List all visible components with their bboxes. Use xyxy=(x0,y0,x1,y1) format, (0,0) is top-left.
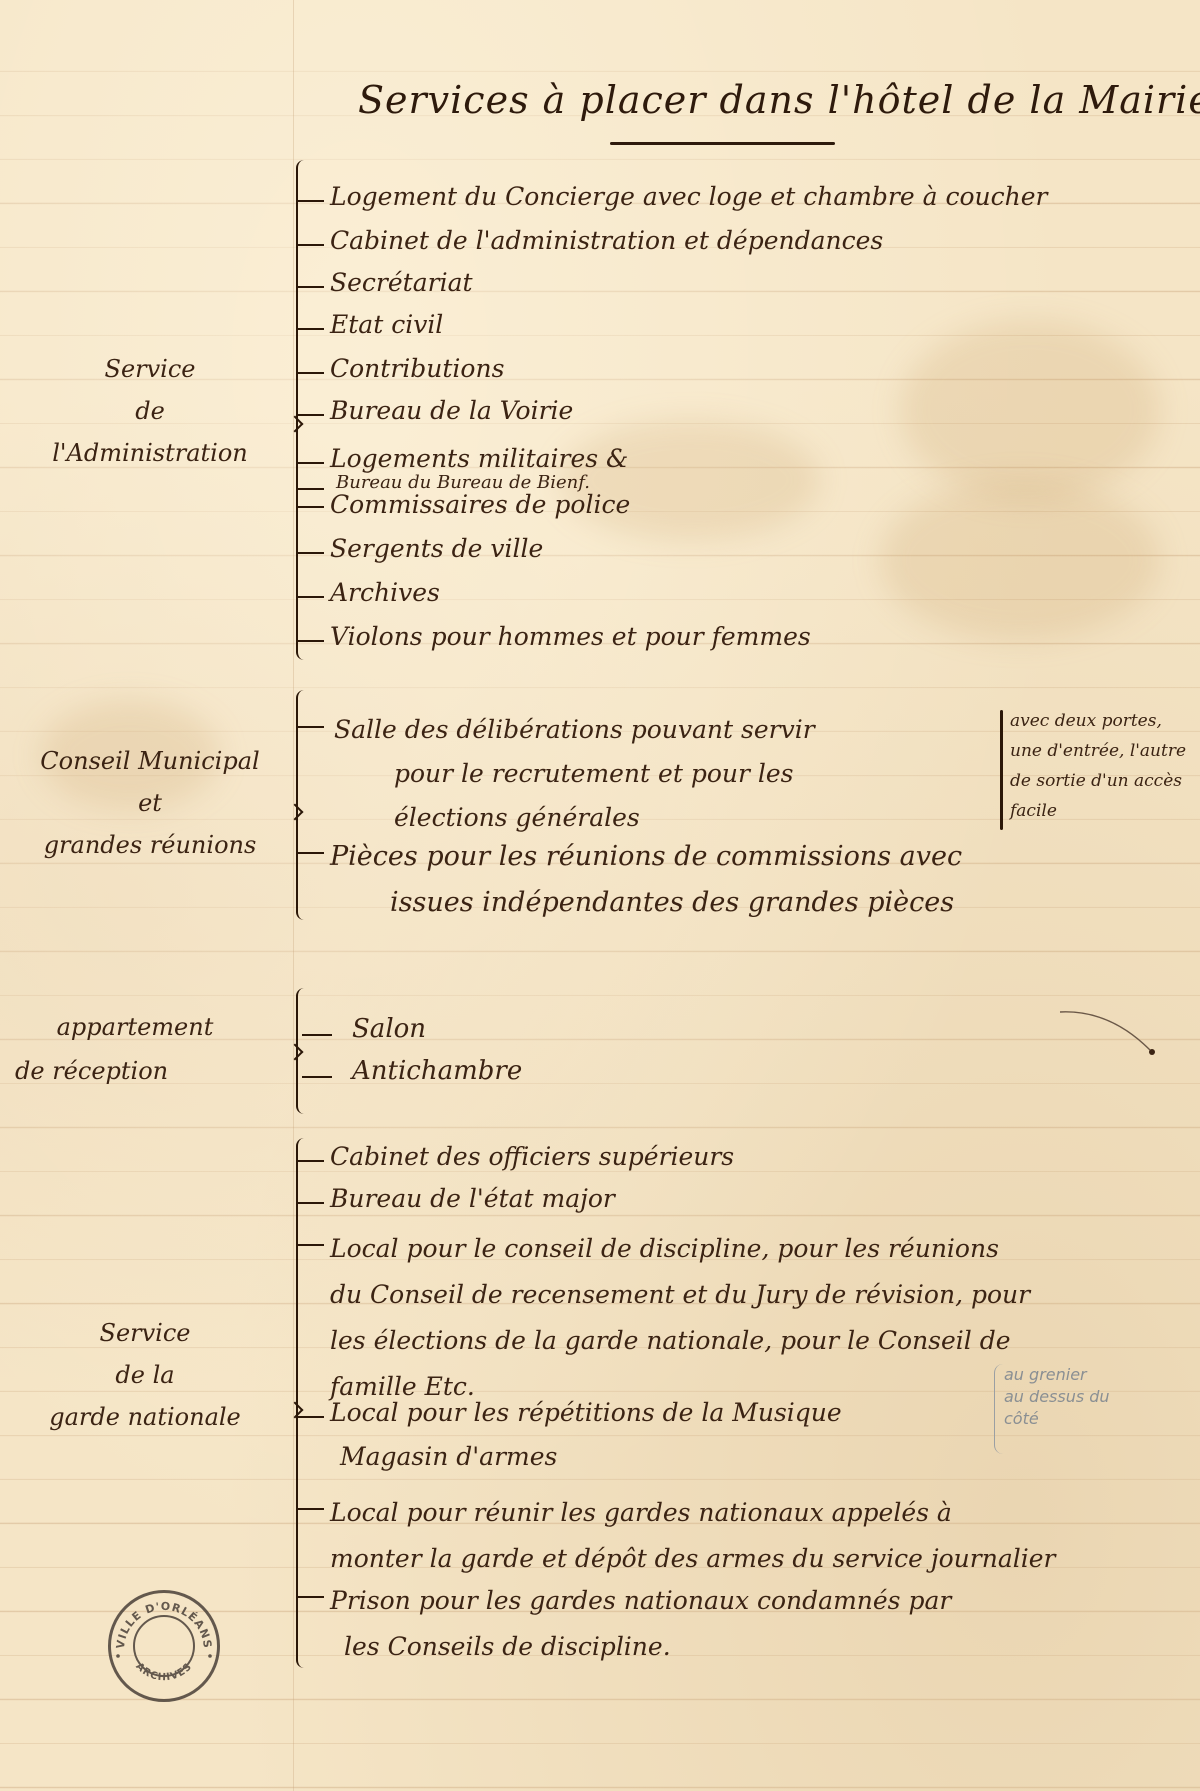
list-item: Bureau de la Voirie xyxy=(330,396,573,425)
item-line: issues indépendantes des grandes pièces xyxy=(330,880,962,926)
stamp-bottom-text: ARCHIVES xyxy=(133,1661,194,1683)
svg-text:VILLE D'ORLÉANS: VILLE D'ORLÉANS xyxy=(114,1600,214,1650)
list-item: Archives xyxy=(330,578,440,607)
section-label: appartement de réception xyxy=(10,1005,260,1093)
note-line: facile xyxy=(1010,796,1186,826)
dash-marker xyxy=(298,1596,324,1598)
dash-marker xyxy=(298,200,324,202)
note-line: au grenier xyxy=(1004,1364,1110,1386)
curly-brace xyxy=(296,1138,306,1668)
label-line: garde nationale xyxy=(0,1396,290,1438)
label-line: de réception xyxy=(10,1049,260,1093)
label-line: appartement xyxy=(10,1005,260,1049)
list-item: Antichambre xyxy=(352,1056,522,1086)
list-item: Cabinet des officiers supérieurs xyxy=(330,1142,734,1171)
pencil-annotation: au grenier au dessus du côté xyxy=(1004,1364,1110,1430)
item-line: les Conseils de discipline. xyxy=(330,1624,951,1670)
label-line: Service xyxy=(0,1312,290,1354)
svg-text:ARCHIVES: ARCHIVES xyxy=(133,1661,194,1683)
dash-marker xyxy=(298,640,324,642)
label-line: de xyxy=(10,390,290,432)
item-line: Prison pour les gardes nationaux condamn… xyxy=(330,1578,951,1624)
dash-marker xyxy=(298,852,324,854)
item-line: monter la garde et dépôt des armes du se… xyxy=(330,1536,1055,1582)
section-label: Service de l'Administration xyxy=(10,348,290,474)
item-line: Local pour le conseil de discipline, pou… xyxy=(330,1226,1030,1272)
document-title: Services à placer dans l'hôtel de la Mai… xyxy=(358,78,1200,122)
dash-marker xyxy=(298,286,324,288)
dash-marker xyxy=(298,244,324,246)
list-item-multiline: Local pour le conseil de discipline, pou… xyxy=(330,1226,1030,1410)
list-item-multiline: Local pour réunir les gardes nationaux a… xyxy=(330,1490,1055,1582)
dash-marker xyxy=(298,552,324,554)
list-item-multiline: Prison pour les gardes nationaux condamn… xyxy=(330,1578,951,1670)
label-line: et xyxy=(0,782,300,824)
dash-marker xyxy=(298,372,324,374)
list-item: Violons pour hommes et pour femmes xyxy=(330,622,811,651)
margin-line xyxy=(293,0,294,1791)
dash-marker xyxy=(298,1244,324,1246)
dash-marker xyxy=(298,1508,324,1510)
list-item: Etat civil xyxy=(330,310,443,339)
item-line: les élections de la garde nationale, pou… xyxy=(330,1318,1030,1364)
item-line: Salle des délibérations pouvant servir xyxy=(334,708,815,752)
item-line: Local pour réunir les gardes nationaux a… xyxy=(330,1490,1055,1536)
list-item: Commissaires de police xyxy=(330,490,630,519)
list-item: Sergents de ville xyxy=(330,534,543,563)
curly-brace xyxy=(296,690,306,920)
dash-marker xyxy=(298,328,324,330)
list-item: Logement du Concierge avec loge et chamb… xyxy=(330,182,1047,211)
archive-stamp: VILLE D'ORLÉANS ARCHIVES xyxy=(108,1590,220,1702)
list-item: Magasin d'armes xyxy=(340,1442,557,1471)
label-line: Service xyxy=(10,348,290,390)
list-item: Cabinet de l'administration et dépendanc… xyxy=(330,226,883,255)
item-line: Pièces pour les réunions de commissions … xyxy=(330,834,962,880)
stamp-top-text: VILLE D'ORLÉANS xyxy=(114,1600,214,1650)
list-item-multiline: Pièces pour les réunions de commissions … xyxy=(330,834,962,926)
ink-bleed-stain xyxy=(880,480,1160,640)
dash-marker xyxy=(298,462,324,464)
item-line: du Conseil de recensement et du Jury de … xyxy=(330,1272,1030,1318)
dash-marker xyxy=(298,1416,324,1418)
dash-marker xyxy=(298,488,324,490)
list-item: Logements militaires & xyxy=(330,444,628,473)
label-line: de la xyxy=(0,1354,290,1396)
list-item: Secrétariat xyxy=(330,268,473,297)
section-label: Conseil Municipal et grandes réunions xyxy=(0,740,300,866)
title-underline xyxy=(610,142,835,145)
note-line: de sortie d'un accès xyxy=(1010,766,1186,796)
dash-marker xyxy=(302,1034,332,1036)
note-line: au dessus du xyxy=(1004,1386,1110,1408)
list-item-multiline: Salle des délibérations pouvant servir p… xyxy=(334,708,815,840)
label-line: grandes réunions xyxy=(0,824,300,866)
dash-marker xyxy=(302,1076,332,1078)
stray-pen-stroke xyxy=(1000,990,1200,1070)
section-label: Service de la garde nationale xyxy=(0,1312,290,1438)
label-line: Conseil Municipal xyxy=(0,740,300,782)
side-note: avec deux portes, une d'entrée, l'autre … xyxy=(1010,706,1186,826)
dash-marker xyxy=(298,1160,324,1162)
pencil-bracket xyxy=(994,1364,1003,1454)
list-item: Contributions xyxy=(330,354,504,383)
note-line: avec deux portes, xyxy=(1010,706,1186,736)
curly-brace xyxy=(296,160,306,660)
dash-marker xyxy=(298,726,324,728)
note-line: une d'entrée, l'autre xyxy=(1010,736,1186,766)
dash-marker xyxy=(298,596,324,598)
dash-marker xyxy=(298,1202,324,1204)
item-line: pour le recrutement et pour les xyxy=(334,752,815,796)
list-item: Bureau de l'état major xyxy=(330,1184,615,1213)
list-item: Local pour les répétitions de la Musique xyxy=(330,1398,842,1427)
note-line: côté xyxy=(1004,1408,1110,1430)
side-bracket xyxy=(1000,710,1003,830)
ink-bleed-stain xyxy=(900,320,1160,500)
stamp-text-ring: VILLE D'ORLÉANS ARCHIVES xyxy=(108,1590,220,1702)
ink-bleed-stain xyxy=(560,420,820,540)
list-item: Salon xyxy=(352,1014,426,1044)
dash-marker xyxy=(298,414,324,416)
dash-marker xyxy=(298,506,324,508)
label-line: l'Administration xyxy=(10,432,290,474)
